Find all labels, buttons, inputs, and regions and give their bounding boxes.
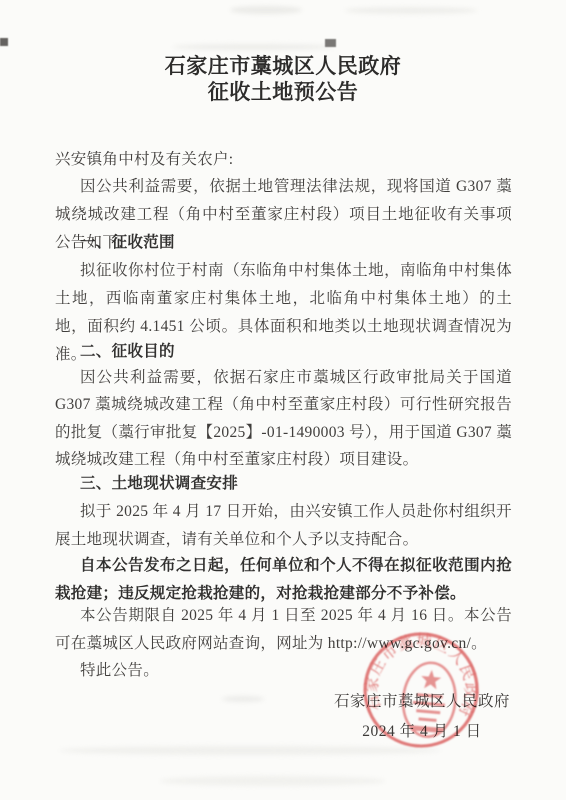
signature-date: 2024 年 4 月 1 日 (334, 721, 510, 743)
section-1-heading: 一、征收范围 (55, 229, 512, 257)
salutation: 兴安镇角中村及有关农户: (55, 146, 512, 174)
scan-smudge (160, 776, 385, 786)
section-3-body: 拟于 2025 年 4 月 17 日开始，由兴安镇工作人员赴你村组织开展土地现状… (55, 498, 512, 554)
no-rush-planting-warning: 自本公告发布之日起，任何单位和个人不得在拟征收范围内抢栽抢建；违反规定抢栽抢建的… (55, 552, 512, 608)
scan-mark (325, 39, 336, 47)
scan-smudge (230, 6, 302, 14)
scan-smudge (60, 746, 440, 755)
signature-issuer: 石家庄市藁城区人民政府 (334, 691, 510, 713)
scan-smudge (222, 696, 264, 702)
document-title: 石家庄市藁城区人民政府 征收土地预公告 (0, 54, 566, 106)
section-3-heading: 三、土地现状调查安排 (55, 470, 512, 498)
title-line-2: 征收土地预公告 (0, 80, 566, 106)
title-line-1: 石家庄市藁城区人民政府 (0, 54, 566, 80)
scan-mark (0, 38, 8, 46)
closing-line: 特此公告。 (55, 657, 512, 685)
section-2-body: 因公共利益需要，依据石家庄市藁城区行政审批局关于国道 G307 藁城绕城改建工程… (55, 364, 512, 474)
scan-smudge (345, 7, 477, 14)
scan-smudge (173, 44, 333, 50)
section-2-heading: 二、征收目的 (55, 338, 512, 366)
document-page: 石家庄市藁城区人民政府 征收土地预公告 兴安镇角中村及有关农户: 因公共利益需要… (0, 0, 566, 800)
notice-period-paragraph: 本公告期限自 2025 年 4 月 1 日至 2025 年 4 月 16 日。本… (55, 602, 512, 658)
signature-block: 石家庄市藁城区人民政府 2024 年 4 月 1 日 (334, 691, 510, 743)
